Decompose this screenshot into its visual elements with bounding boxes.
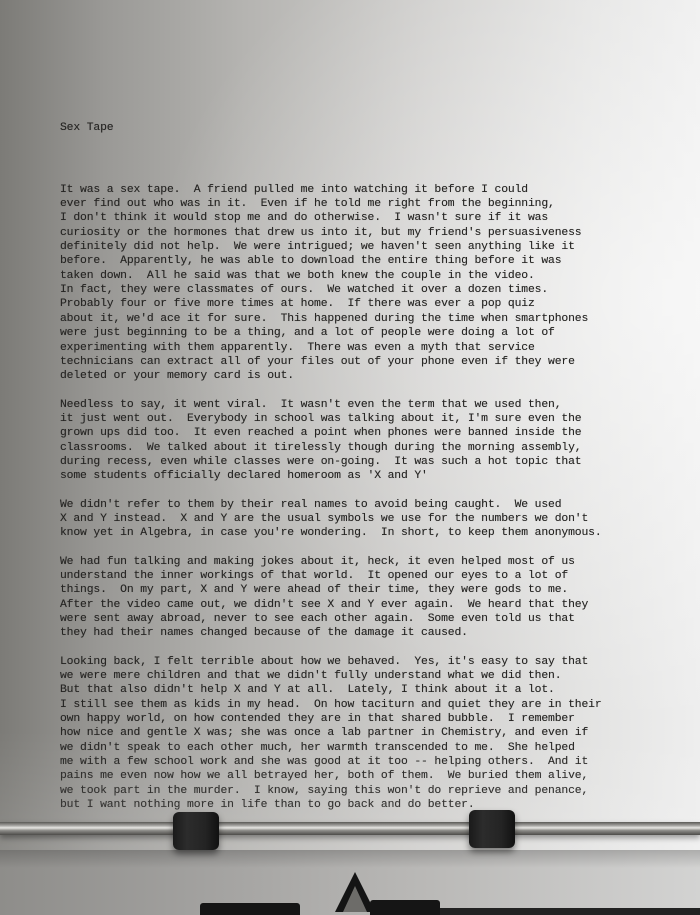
typed-line: Looking back, I felt terrible about how … [60,655,602,669]
document-title: Sex Tape [60,121,602,135]
typed-line: we didn't speak to each other much, her … [60,741,602,755]
paragraph: We had fun talking and making jokes abou… [60,555,602,641]
typed-line: grown ups did too. It even reached a poi… [60,426,602,440]
typed-line: deleted or your memory card is out. [60,369,602,383]
typed-line: me with a few school work and she was go… [60,755,602,769]
typed-line: know yet in Algebra, in case you're wond… [60,526,602,540]
typed-line: during recess, even while classes were o… [60,455,602,469]
paragraph: Needless to say, it went viral. It wasn'… [60,398,602,484]
typebar-guide-center [370,900,440,915]
typed-line: X and Y instead. X and Y are the usual s… [60,512,602,526]
typed-line: technicians can extract all of your file… [60,355,602,369]
paragraph: Looking back, I felt terrible about how … [60,655,602,813]
typebar-guide-right [440,908,700,915]
paper-shadow [0,850,700,868]
typed-line: Needless to say, it went viral. It wasn'… [60,398,602,412]
document-body: It was a sex tape. A friend pulled me in… [60,183,602,813]
typed-line: ever find out who was in it. Even if he … [60,197,602,211]
typed-line: but I want nothing more in life than to … [60,798,602,812]
paper-bail-rod [0,822,700,835]
typed-line: I don't think it would stop me and do ot… [60,211,602,225]
typed-line: I still see them as kids in my head. On … [60,698,602,712]
typed-line: We had fun talking and making jokes abou… [60,555,602,569]
typed-line: were sent away abroad, never to see each… [60,612,602,626]
typed-line: own happy world, on how contended they a… [60,712,602,726]
typed-line: Probably four or five more times at home… [60,297,602,311]
paragraph: It was a sex tape. A friend pulled me in… [60,183,602,384]
typed-document: Sex Tape It was a sex tape. A friend pul… [60,92,602,855]
paragraph: We didn't refer to them by their real na… [60,498,602,541]
typed-line: we were mere children and that we didn't… [60,669,602,683]
typed-line: pains me even now how we all betrayed he… [60,769,602,783]
typebar-guide-left [200,903,300,915]
typing-guide-window [343,886,367,912]
typed-line: about it, we'd ace it for sure. This hap… [60,312,602,326]
typed-line: before. Apparently, he was able to downl… [60,254,602,268]
typed-line: After the video came out, we didn't see … [60,598,602,612]
bail-roller-left [173,812,219,850]
bail-roller-right [469,810,515,848]
typed-line: were just beginning to be a thing, and a… [60,326,602,340]
typed-line: classrooms. We talked about it tirelessl… [60,441,602,455]
typed-line: it just went out. Everybody in school wa… [60,412,602,426]
typed-line: It was a sex tape. A friend pulled me in… [60,183,602,197]
typed-line: taken down. All he said was that we both… [60,269,602,283]
typed-line: understand the inner workings of that wo… [60,569,602,583]
typed-line: things. On my part, X and Y were ahead o… [60,583,602,597]
typed-line: In fact, they were classmates of ours. W… [60,283,602,297]
typed-line: experimenting with them apparently. Ther… [60,341,602,355]
typed-line: they had their names changed because of … [60,626,602,640]
typewriter-paper: Sex Tape It was a sex tape. A friend pul… [0,0,700,850]
typed-line: how nice and gentle X was; she was once … [60,726,602,740]
typed-line: But that also didn't help X and Y at all… [60,683,602,697]
typed-line: some students officially declared homero… [60,469,602,483]
typed-line: We didn't refer to them by their real na… [60,498,602,512]
typed-line: definitely did not help. We were intrigu… [60,240,602,254]
typed-line: we took part in the murder. I know, sayi… [60,784,602,798]
typed-line: curiosity or the hormones that drew us i… [60,226,602,240]
